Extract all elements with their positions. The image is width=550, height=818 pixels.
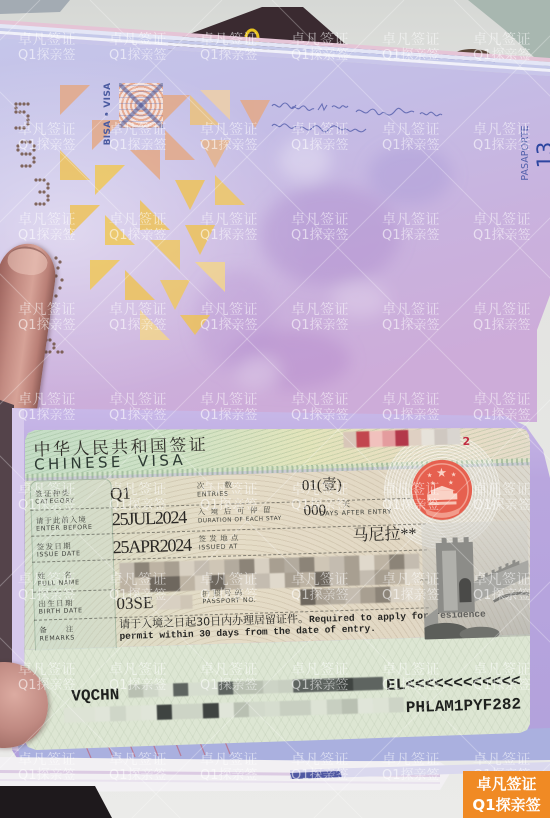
badge-line-1: 卓凡签证 <box>463 776 550 793</box>
watermark-badge: 卓凡签证 Q1探亲签 <box>463 771 550 818</box>
watermark-diagonal-lines <box>0 0 550 818</box>
badge-line-2: Q1探亲签 <box>463 797 550 814</box>
